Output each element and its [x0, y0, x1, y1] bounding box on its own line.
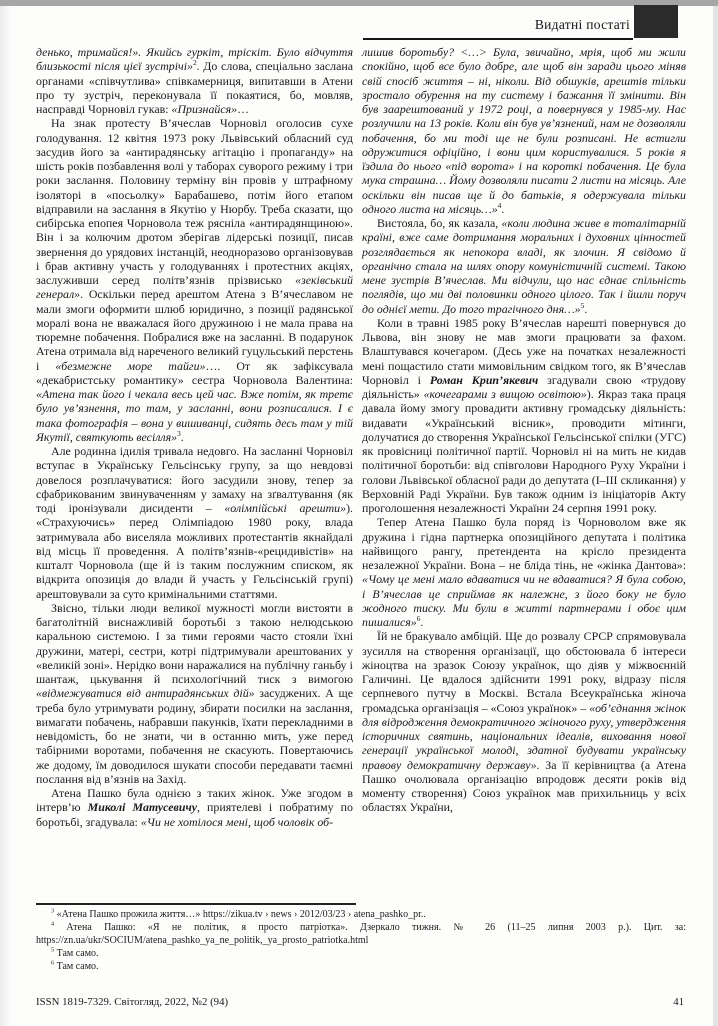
text-run: Звісно, тільки люди великої мужності мог…	[36, 601, 353, 686]
text-run: ). «Страхуючись» перед Олімпіадою 1980 р…	[36, 501, 353, 601]
text-run: .	[420, 615, 423, 629]
scan-edge-left	[0, 6, 12, 1026]
issn-line: ISSN 1819-7329. Світогляд, 2022, №2 (94)	[36, 996, 228, 1008]
footnote-text: Там само.	[54, 948, 98, 959]
paragraph: Їй не бракувало амбіцій. Ще до розвалу С…	[362, 629, 686, 814]
footnote: 3 «Атена Пашко прожила життя…» https://z…	[36, 909, 686, 922]
text-run: Роман Крип’якевич	[430, 373, 538, 387]
footnote: 5 Там само.	[36, 948, 686, 961]
footnote: 6 Там само.	[36, 961, 686, 974]
text-run: «Чи не хотілося мені, щоб чоловік об-	[141, 815, 333, 829]
paragraph: денько, тримайся!». Якийсь гуркіт, тріск…	[36, 45, 353, 116]
scan-edge-right	[713, 6, 718, 1026]
text-run: засуджених. А ще треба було утримувати р…	[36, 686, 353, 786]
text-run: На знак протесту В’ячеслав Чорновіл огол…	[36, 116, 353, 287]
text-run: .	[501, 202, 504, 216]
text-run: «кочегарами з вищою освітою»	[424, 387, 587, 401]
header-divider	[363, 38, 633, 40]
paragraph: Вистояла, бо, як казала, «коли людина жи…	[362, 216, 686, 316]
paragraph: лишив боротьбу? <…> Була, звичайно, мрія…	[362, 45, 686, 216]
text-run: …	[237, 102, 249, 116]
text-run: «Чому це мені мало вдаватися чи не вдава…	[362, 572, 686, 629]
text-run: «відмежуватися від антирадянських дій»	[36, 686, 255, 700]
text-run: .	[584, 302, 587, 316]
footnote: 4 Атена Пашко: «Я не політик, я просто п…	[36, 922, 686, 948]
text-run: .	[181, 430, 184, 444]
footnotes: 3 «Атена Пашко прожила життя…» https://z…	[36, 909, 686, 974]
left-column: денько, тримайся!». Якийсь гуркіт, тріск…	[36, 45, 353, 829]
right-column: лишив боротьбу? <…> Була, звичайно, мрія…	[362, 45, 686, 829]
page-number: 41	[673, 996, 684, 1008]
text-run: ). Якраз така праця давала йому змогу пр…	[362, 387, 686, 515]
text-run: «Признайся»	[172, 102, 238, 116]
journal-page: Видатні постаті денько, тримайся!». Який…	[0, 0, 718, 1026]
text-run: Миколі Матусевичу	[88, 800, 197, 814]
header-corner-square	[634, 5, 678, 38]
paragraph: Тепер Атена Пашко була поряд із Чорновол…	[362, 515, 686, 629]
paragraph: На знак протесту В’ячеслав Чорновіл огол…	[36, 116, 353, 444]
page-footer: ISSN 1819-7329. Світогляд, 2022, №2 (94)…	[36, 996, 694, 1008]
scan-edge-top	[0, 0, 718, 6]
text-run: «олімпійські арешти»	[224, 501, 346, 515]
footnote-text: Атена Пашко: «Я не політик, я просто пат…	[36, 922, 686, 946]
text-run: Тепер Атена Пашко була поряд із Чорновол…	[362, 515, 686, 572]
text-run: «Атена так його і чекала весь цей час. В…	[36, 387, 353, 444]
paragraph: Коли в травні 1985 року В’ячеслав нарешт…	[362, 316, 686, 516]
footnote-divider	[36, 903, 356, 905]
paragraph: Атена Пашко була однією з таких жінок. У…	[36, 786, 353, 829]
text-run: «безмежне море тайги»	[55, 359, 205, 373]
text-run: лишив боротьбу? <…> Була, звичайно, мрія…	[362, 45, 686, 216]
text-run: Вистояла, бо, як казала,	[377, 216, 502, 230]
section-title: Видатні постаті	[0, 17, 630, 33]
paragraph: Звісно, тільки люди великої мужності мог…	[36, 601, 353, 786]
text-run: «коли людина живе в тоталітарній країні,…	[362, 216, 686, 316]
paragraph: Але родинна ідилія тривала недовго. На з…	[36, 444, 353, 601]
article-body: денько, тримайся!». Якийсь гуркіт, тріск…	[36, 45, 686, 829]
footnote-text: «Атена Пашко прожила життя…» https://zik…	[54, 909, 426, 920]
footnote-text: Там само.	[54, 961, 98, 972]
